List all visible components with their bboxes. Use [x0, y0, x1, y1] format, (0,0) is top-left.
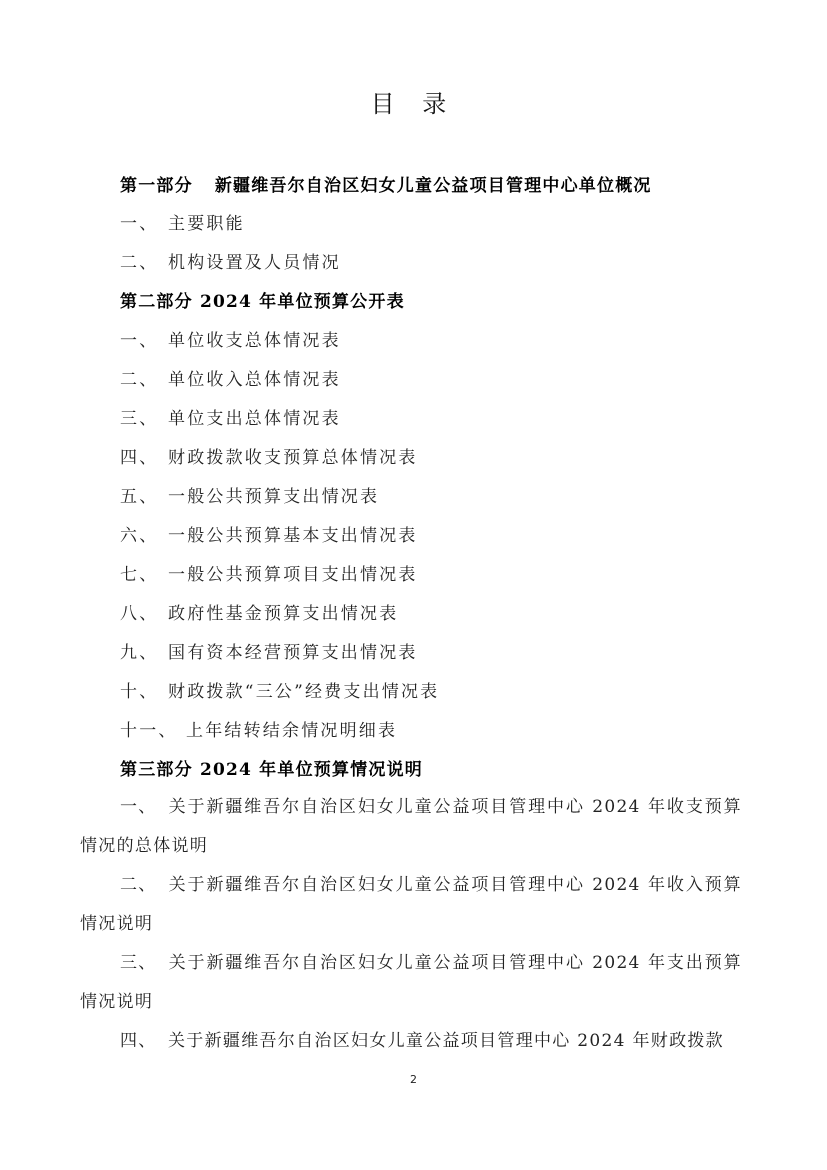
item-number: 一、: [120, 788, 168, 827]
item-number: 一、: [120, 330, 168, 352]
toc-item[interactable]: 六、一般公共预算基本支出情况表: [120, 525, 418, 547]
item-text: 一般公共预算基本支出情况表: [168, 526, 418, 546]
item-number: 四、: [120, 1022, 168, 1061]
item-number: 五、: [120, 486, 168, 508]
item-number: 十一、: [120, 720, 186, 742]
toc-item[interactable]: 二、关于新疆维吾尔自治区妇女儿童公益项目管理中心 2024 年收入预算情况说明: [80, 866, 742, 944]
part-title: 2024 年单位预算公开表: [200, 292, 405, 312]
toc-item[interactable]: 一、主要职能: [120, 213, 245, 235]
item-number: 四、: [120, 447, 168, 469]
item-number: 二、: [120, 369, 168, 391]
item-number: 二、: [120, 866, 168, 905]
toc-part-3[interactable]: 第三部分 2024 年单位预算情况说明: [120, 759, 423, 781]
part-label: 第二部分: [120, 292, 193, 312]
document-page: 目 录 第一部分新疆维吾尔自治区妇女儿童公益项目管理中心单位概况 一、主要职能 …: [0, 0, 827, 1170]
item-text: 上年结转结余情况明细表: [186, 721, 397, 741]
part-title: 新疆维吾尔自治区妇女儿童公益项目管理中心单位概况: [215, 176, 652, 196]
toc-item[interactable]: 十一、上年结转结余情况明细表: [120, 720, 397, 742]
item-number: 八、: [120, 603, 168, 625]
item-number: 七、: [120, 564, 168, 586]
toc-item[interactable]: 八、政府性基金预算支出情况表: [120, 603, 398, 625]
item-text: 关于新疆维吾尔自治区妇女儿童公益项目管理中心 2024 年收支预算情况的总体说明: [80, 797, 742, 856]
item-text: 单位支出总体情况表: [168, 409, 341, 429]
toc-item[interactable]: 一、关于新疆维吾尔自治区妇女儿童公益项目管理中心 2024 年收支预算情况的总体…: [80, 788, 742, 866]
item-text: 关于新疆维吾尔自治区妇女儿童公益项目管理中心 2024 年支出预算情况说明: [80, 953, 742, 1012]
toc-item[interactable]: 三、单位支出总体情况表: [120, 408, 341, 430]
item-text: 一般公共预算项目支出情况表: [168, 565, 418, 585]
item-number: 一、: [120, 213, 168, 235]
item-text: 单位收支总体情况表: [168, 331, 341, 351]
item-text: 财政拨款“三公”经费支出情况表: [168, 682, 439, 702]
item-number: 六、: [120, 525, 168, 547]
item-text: 国有资本经营预算支出情况表: [168, 643, 418, 663]
toc-item[interactable]: 五、一般公共预算支出情况表: [120, 486, 379, 508]
item-text: 一般公共预算支出情况表: [168, 487, 379, 507]
item-text: 主要职能: [168, 214, 245, 234]
part-title: 2024 年单位预算情况说明: [200, 760, 423, 780]
item-text: 关于新疆维吾尔自治区妇女儿童公益项目管理中心 2024 年收入预算情况说明: [80, 875, 742, 934]
toc-part-1[interactable]: 第一部分新疆维吾尔自治区妇女儿童公益项目管理中心单位概况: [120, 175, 652, 197]
toc-item[interactable]: 四、财政拨款收支预算总体情况表: [120, 447, 418, 469]
toc-item[interactable]: 七、一般公共预算项目支出情况表: [120, 564, 418, 586]
item-number: 三、: [120, 944, 168, 983]
page-number: 2: [0, 1073, 827, 1086]
part-label: 第三部分: [120, 760, 193, 780]
toc-item[interactable]: 一、单位收支总体情况表: [120, 330, 341, 352]
toc-part-2[interactable]: 第二部分 2024 年单位预算公开表: [120, 291, 405, 313]
item-text: 政府性基金预算支出情况表: [168, 604, 398, 624]
item-number: 九、: [120, 642, 168, 664]
item-number: 二、: [120, 252, 168, 274]
item-text: 机构设置及人员情况: [168, 253, 341, 273]
item-number: 三、: [120, 408, 168, 430]
toc-item[interactable]: 二、单位收入总体情况表: [120, 369, 341, 391]
item-number: 十、: [120, 681, 168, 703]
item-text: 关于新疆维吾尔自治区妇女儿童公益项目管理中心 2024 年财政拨款: [168, 1031, 724, 1051]
toc-item[interactable]: 二、机构设置及人员情况: [120, 252, 341, 274]
toc-item[interactable]: 四、关于新疆维吾尔自治区妇女儿童公益项目管理中心 2024 年财政拨款: [80, 1022, 742, 1061]
part-label: 第一部分: [120, 176, 193, 196]
item-text: 财政拨款收支预算总体情况表: [168, 448, 418, 468]
toc-item[interactable]: 十、财政拨款“三公”经费支出情况表: [120, 681, 439, 703]
page-title: 目 录: [0, 84, 827, 119]
toc-item[interactable]: 三、关于新疆维吾尔自治区妇女儿童公益项目管理中心 2024 年支出预算情况说明: [80, 944, 742, 1022]
toc-item[interactable]: 九、国有资本经营预算支出情况表: [120, 642, 418, 664]
item-text: 单位收入总体情况表: [168, 370, 341, 390]
